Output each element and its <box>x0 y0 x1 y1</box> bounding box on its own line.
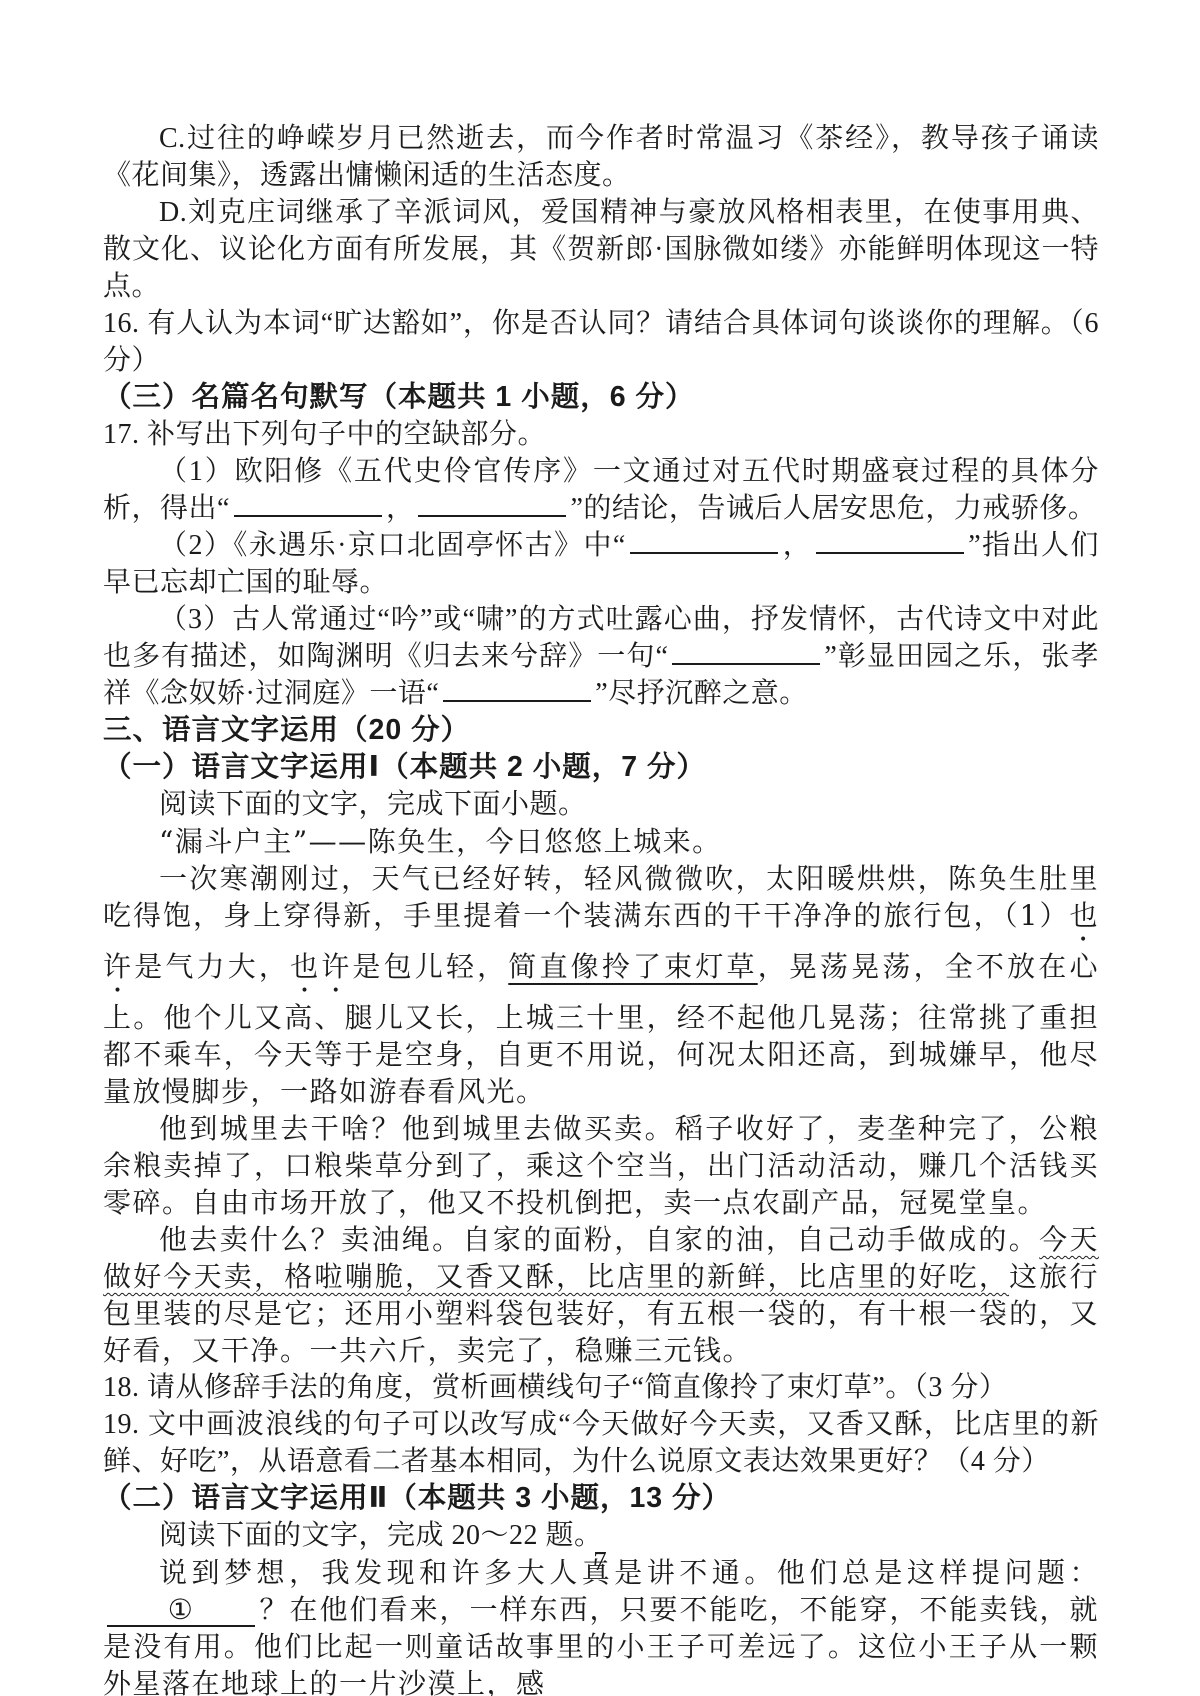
text-segment: “漏斗户主”——陈奂生，今日悠悠上城来。 <box>159 825 722 858</box>
text-segment: （一）语言文字运用Ⅰ（本题共 2 小题，7 分） <box>103 751 706 783</box>
subsection-heading-yunyong-2: （二）语言文字运用Ⅱ（本题共 3 小题，13 分） <box>103 1480 1099 1517</box>
text-segment: 阅读下面的文字，完成下面小题。 <box>159 789 587 820</box>
text-segment: ， <box>386 493 415 524</box>
text-segment: ”尽抒沉醉之意。 <box>595 678 807 709</box>
blank-line <box>418 515 566 517</box>
blank-line <box>816 552 964 554</box>
text-segment: 17. 补写出下列句子中的空缺部分。 <box>103 419 546 450</box>
blank-line <box>443 700 591 702</box>
passage1-para-1: “漏斗户主”——陈奂生，今日悠悠上城来。 <box>103 823 1099 860</box>
question-17: 17. 补写出下列句子中的空缺部分。 <box>103 416 1099 453</box>
question-19: 19. 文中画波浪线的句子可以改写成“今天做好今天卖，又香又酥，比店里的新鲜、好… <box>103 1406 1099 1480</box>
text-segment: 一次寒潮刚过，天气已经好转，轻风微微吹，太阳暖烘烘，陈奂生肚里吃得饱，身上穿得新… <box>103 862 1099 932</box>
q17-item-3: （3）古人常通过“吟”或“啸”的方式吐露心曲，抒发情怀，古代诗文中对此也多有描述… <box>103 601 1099 712</box>
text-segment: 19. 文中画波浪线的句子可以改写成“今天做好今天卖，又香又酥，比店里的新鲜、好… <box>103 1409 1099 1477</box>
question-18: 18. 请从修辞手法的角度，赏析画横线句子“简直像拎了束灯草”。（3 分） <box>103 1369 1099 1406</box>
blank-line <box>672 663 820 665</box>
underlined-phrase: 简直像拎了束灯草 <box>508 950 757 983</box>
passage1-para-3: 他到城里去干啥？他到城里去做买卖。稻子收好了，麦垄种完了，公粮余粮卖掉了，口粮柴… <box>103 1110 1099 1221</box>
text-segment: 三、语言文字运用（20 分） <box>103 714 470 746</box>
section-heading-mingpian-moxie: （三）名篇名句默写（本题共 1 小题，6 分） <box>103 379 1099 416</box>
blank-line <box>234 515 382 517</box>
text-segment: 18. 请从修辞手法的角度，赏析画横线句子“简直像拎了束灯草”。（3 分） <box>103 1372 1007 1403</box>
q17-item-1: （1）欧阳修《五代史伶官传序》一文通过对五代时期盛衰过程的具体分析，得出“，”的… <box>103 453 1099 527</box>
passage1-para-2: 一次寒潮刚过，天气已经好转，轻风微微吹，太阳暖烘烘，陈奂生肚里吃得饱，身上穿得新… <box>103 860 1099 1110</box>
page-number: 7 <box>0 1546 1200 1577</box>
blank-line: ① <box>107 1595 255 1627</box>
subsection-heading-yunyong-1: （一）语言文字运用Ⅰ（本题共 2 小题，7 分） <box>103 749 1099 786</box>
text-segment: C.过往的峥嵘岁月已然逝去，而今作者时常温习《茶经》，教导孩子诵读《花间集》，透… <box>103 123 1099 191</box>
text-segment: 16. 有人认为本词“旷达豁如”，你是否认同？请结合具体词句谈谈你的理解。（6 … <box>103 308 1099 376</box>
exam-content: C.过往的峥嵘岁月已然逝去，而今作者时常温习《茶经》，教导孩子诵读《花间集》，透… <box>103 120 1099 1696</box>
text-segment: ”的结论，告诫后人居安思危，力戒骄侈。 <box>570 493 1096 524</box>
text-segment: （二）语言文字运用Ⅱ（本题共 3 小题，13 分） <box>103 1482 731 1514</box>
option-c: C.过往的峥嵘岁月已然逝去，而今作者时常温习《茶经》，教导孩子诵读《花间集》，透… <box>103 120 1099 194</box>
exam-paper-page: C.过往的峥嵘岁月已然逝去，而今作者时常温习《茶经》，教导孩子诵读《花间集》，透… <box>0 0 1200 1696</box>
option-d: D.刘克庄词继承了辛派词风，爱国精神与豪放风格相表里，在使事用典、散文化、议论化… <box>103 194 1099 305</box>
q17-item-2: （2）《永遇乐·京口北固亭怀古》中“，”指出人们早已忘却亡国的耻辱。 <box>103 527 1099 601</box>
text-segment: （2）《永遇乐·京口北固亭怀古》中“ <box>159 530 626 561</box>
text-segment: ， <box>782 530 812 561</box>
emphasis-dots-word: 也许 <box>290 950 352 983</box>
blank-line <box>630 552 778 554</box>
reading-intro-1: 阅读下面的文字，完成下面小题。 <box>103 786 1099 823</box>
text-segment: 他到城里去干啥？他到城里去做买卖。稻子收好了，麦垄种完了，公粮余粮卖掉了，口粮柴… <box>103 1112 1099 1219</box>
text-segment: D.刘克庄词继承了辛派词风，爱国精神与豪放风格相表里，在使事用典、散文化、议论化… <box>103 197 1099 302</box>
question-16: 16. 有人认为本词“旷达豁如”，你是否认同？请结合具体词句谈谈你的理解。（6 … <box>103 305 1099 379</box>
text-segment: （三）名篇名句默写（本题共 1 小题，6 分） <box>103 381 694 413</box>
text-segment: 是气力大， <box>134 950 290 983</box>
text-segment: 他去卖什么？卖油绳。自家的面粉，自家的油，自己动手做成的。 <box>159 1223 1039 1256</box>
passage1-para-4: 他去卖什么？卖油绳。自家的面粉，自家的油，自己动手做成的。今天做好今天卖，格啦嘣… <box>103 1221 1099 1369</box>
text-segment: 是包儿轻， <box>352 950 508 983</box>
section-heading-yuyan-yunyong: 三、语言文字运用（20 分） <box>103 712 1099 749</box>
